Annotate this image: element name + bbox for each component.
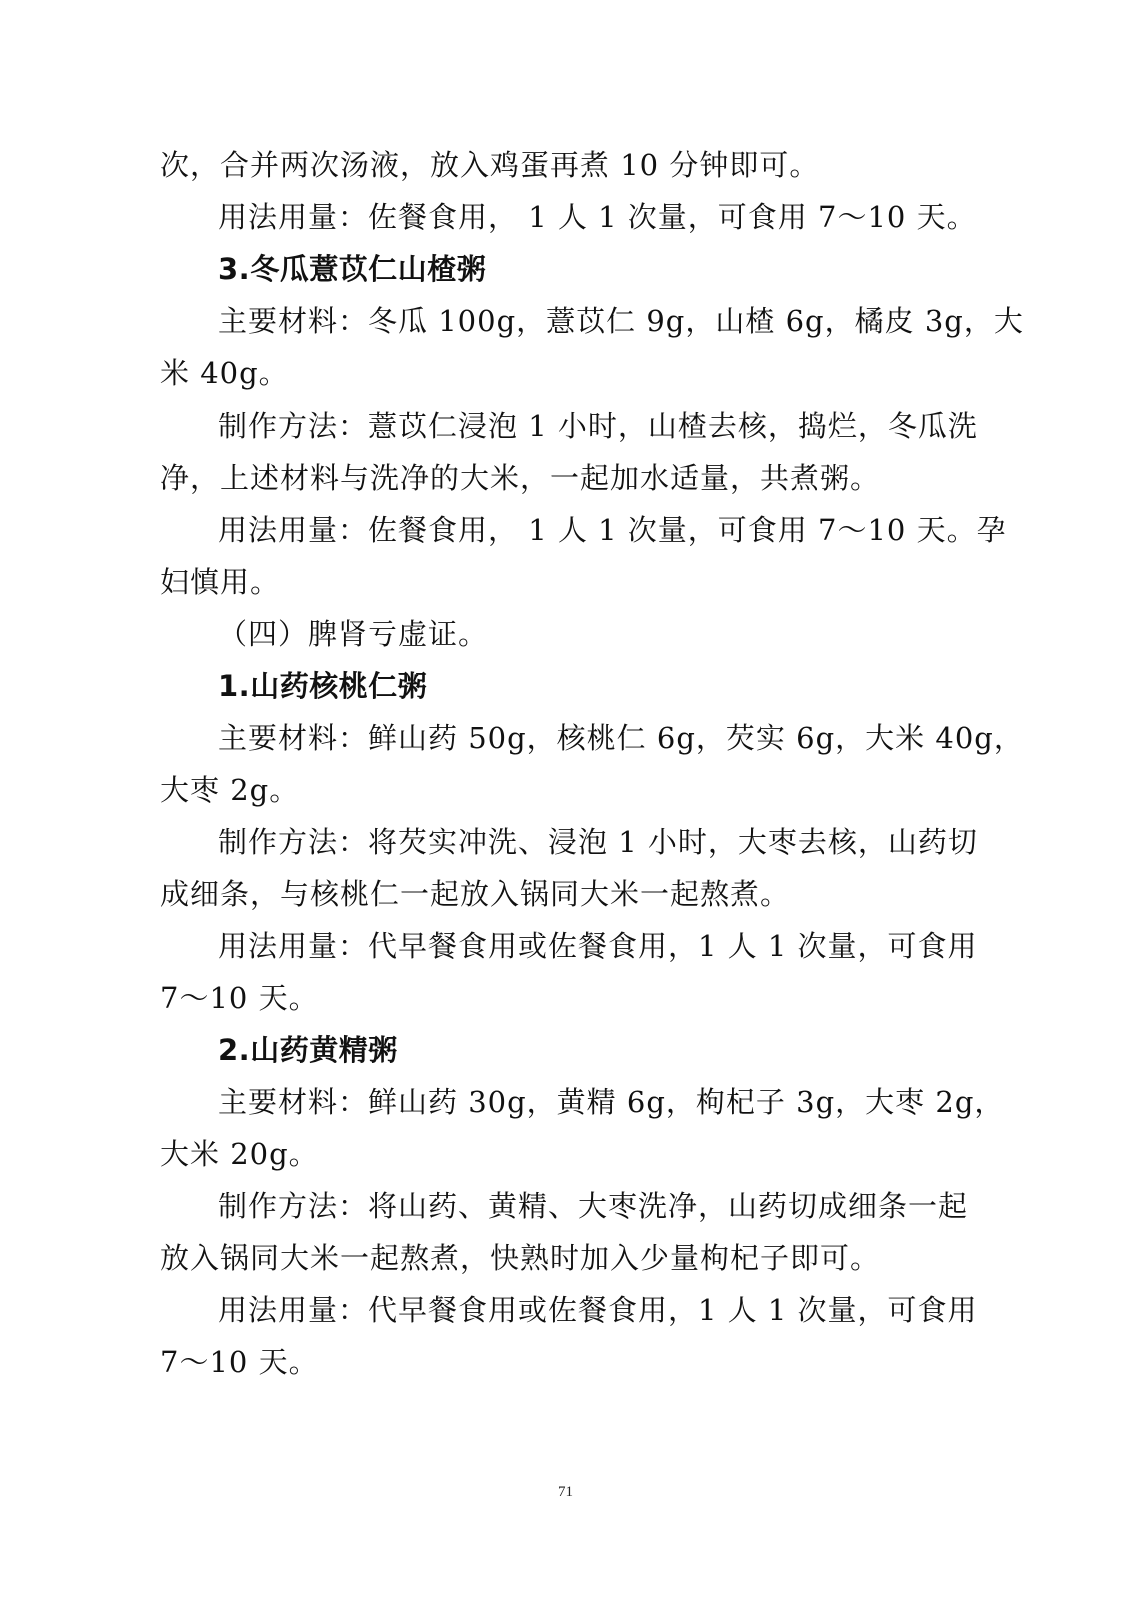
preparation-paragraph: 制作方法：薏苡仁浸泡 1 小时，山楂去核，捣烂，冬瓜洗 — [218, 406, 1018, 446]
paragraph-continuation-line: 次，合并两次汤液，放入鸡蛋再煮 10 分钟即可。 — [160, 145, 960, 185]
usage-dosage-paragraph-continuation: 7～10 天。 — [160, 978, 960, 1018]
ingredients-paragraph-continuation: 米 40g。 — [160, 353, 960, 393]
recipe-heading-yam-walnut-porridge: 1.山药核桃仁粥 — [218, 666, 1018, 706]
preparation-paragraph-continuation: 成细条，与核桃仁一起放入锅同大米一起熬煮。 — [160, 874, 960, 914]
recipe-heading-yam-polygonatum-porridge: 2.山药黄精粥 — [218, 1030, 1018, 1070]
preparation-paragraph: 制作方法：将芡实冲洗、浸泡 1 小时，大枣去核，山药切 — [218, 822, 1018, 862]
recipe-heading-winter-melon-porridge: 3.冬瓜薏苡仁山楂粥 — [218, 249, 1018, 289]
ingredients-paragraph: 主要材料：鲜山药 30g，黄精 6g，枸杞子 3g，大枣 2g， — [218, 1082, 1018, 1122]
document-page: 次，合并两次汤液，放入鸡蛋再煮 10 分钟即可。 用法用量：佐餐食用， 1 人 … — [0, 0, 1131, 1600]
ingredients-paragraph: 主要材料：鲜山药 50g，核桃仁 6g，芡实 6g，大米 40g， — [218, 718, 1018, 758]
ingredients-paragraph-continuation: 大米 20g。 — [160, 1134, 960, 1174]
usage-dosage-paragraph: 用法用量：佐餐食用， 1 人 1 次量，可食用 7～10 天。 — [218, 197, 1018, 237]
ingredients-paragraph-continuation: 大枣 2g。 — [160, 770, 960, 810]
usage-dosage-paragraph: 用法用量：代早餐食用或佐餐食用，1 人 1 次量，可食用 — [218, 926, 1018, 966]
ingredients-paragraph: 主要材料：冬瓜 100g，薏苡仁 9g，山楂 6g，橘皮 3g，大 — [218, 301, 1018, 341]
page-number: 71 — [0, 1484, 1131, 1501]
usage-dosage-paragraph-continuation: 妇慎用。 — [160, 562, 960, 602]
usage-dosage-paragraph: 用法用量：代早餐食用或佐餐食用，1 人 1 次量，可食用 — [218, 1290, 1018, 1330]
usage-dosage-paragraph: 用法用量：佐餐食用， 1 人 1 次量，可食用 7～10 天。孕 — [218, 510, 1018, 550]
preparation-paragraph-continuation: 净，上述材料与洗净的大米，一起加水适量，共煮粥。 — [160, 458, 960, 498]
section-heading-spleen-kidney-deficiency: （四）脾肾亏虚证。 — [218, 614, 1018, 654]
usage-dosage-paragraph-continuation: 7～10 天。 — [160, 1342, 960, 1382]
preparation-paragraph-continuation: 放入锅同大米一起熬煮，快熟时加入少量枸杞子即可。 — [160, 1238, 960, 1278]
preparation-paragraph: 制作方法：将山药、黄精、大枣洗净，山药切成细条一起 — [218, 1186, 1018, 1226]
